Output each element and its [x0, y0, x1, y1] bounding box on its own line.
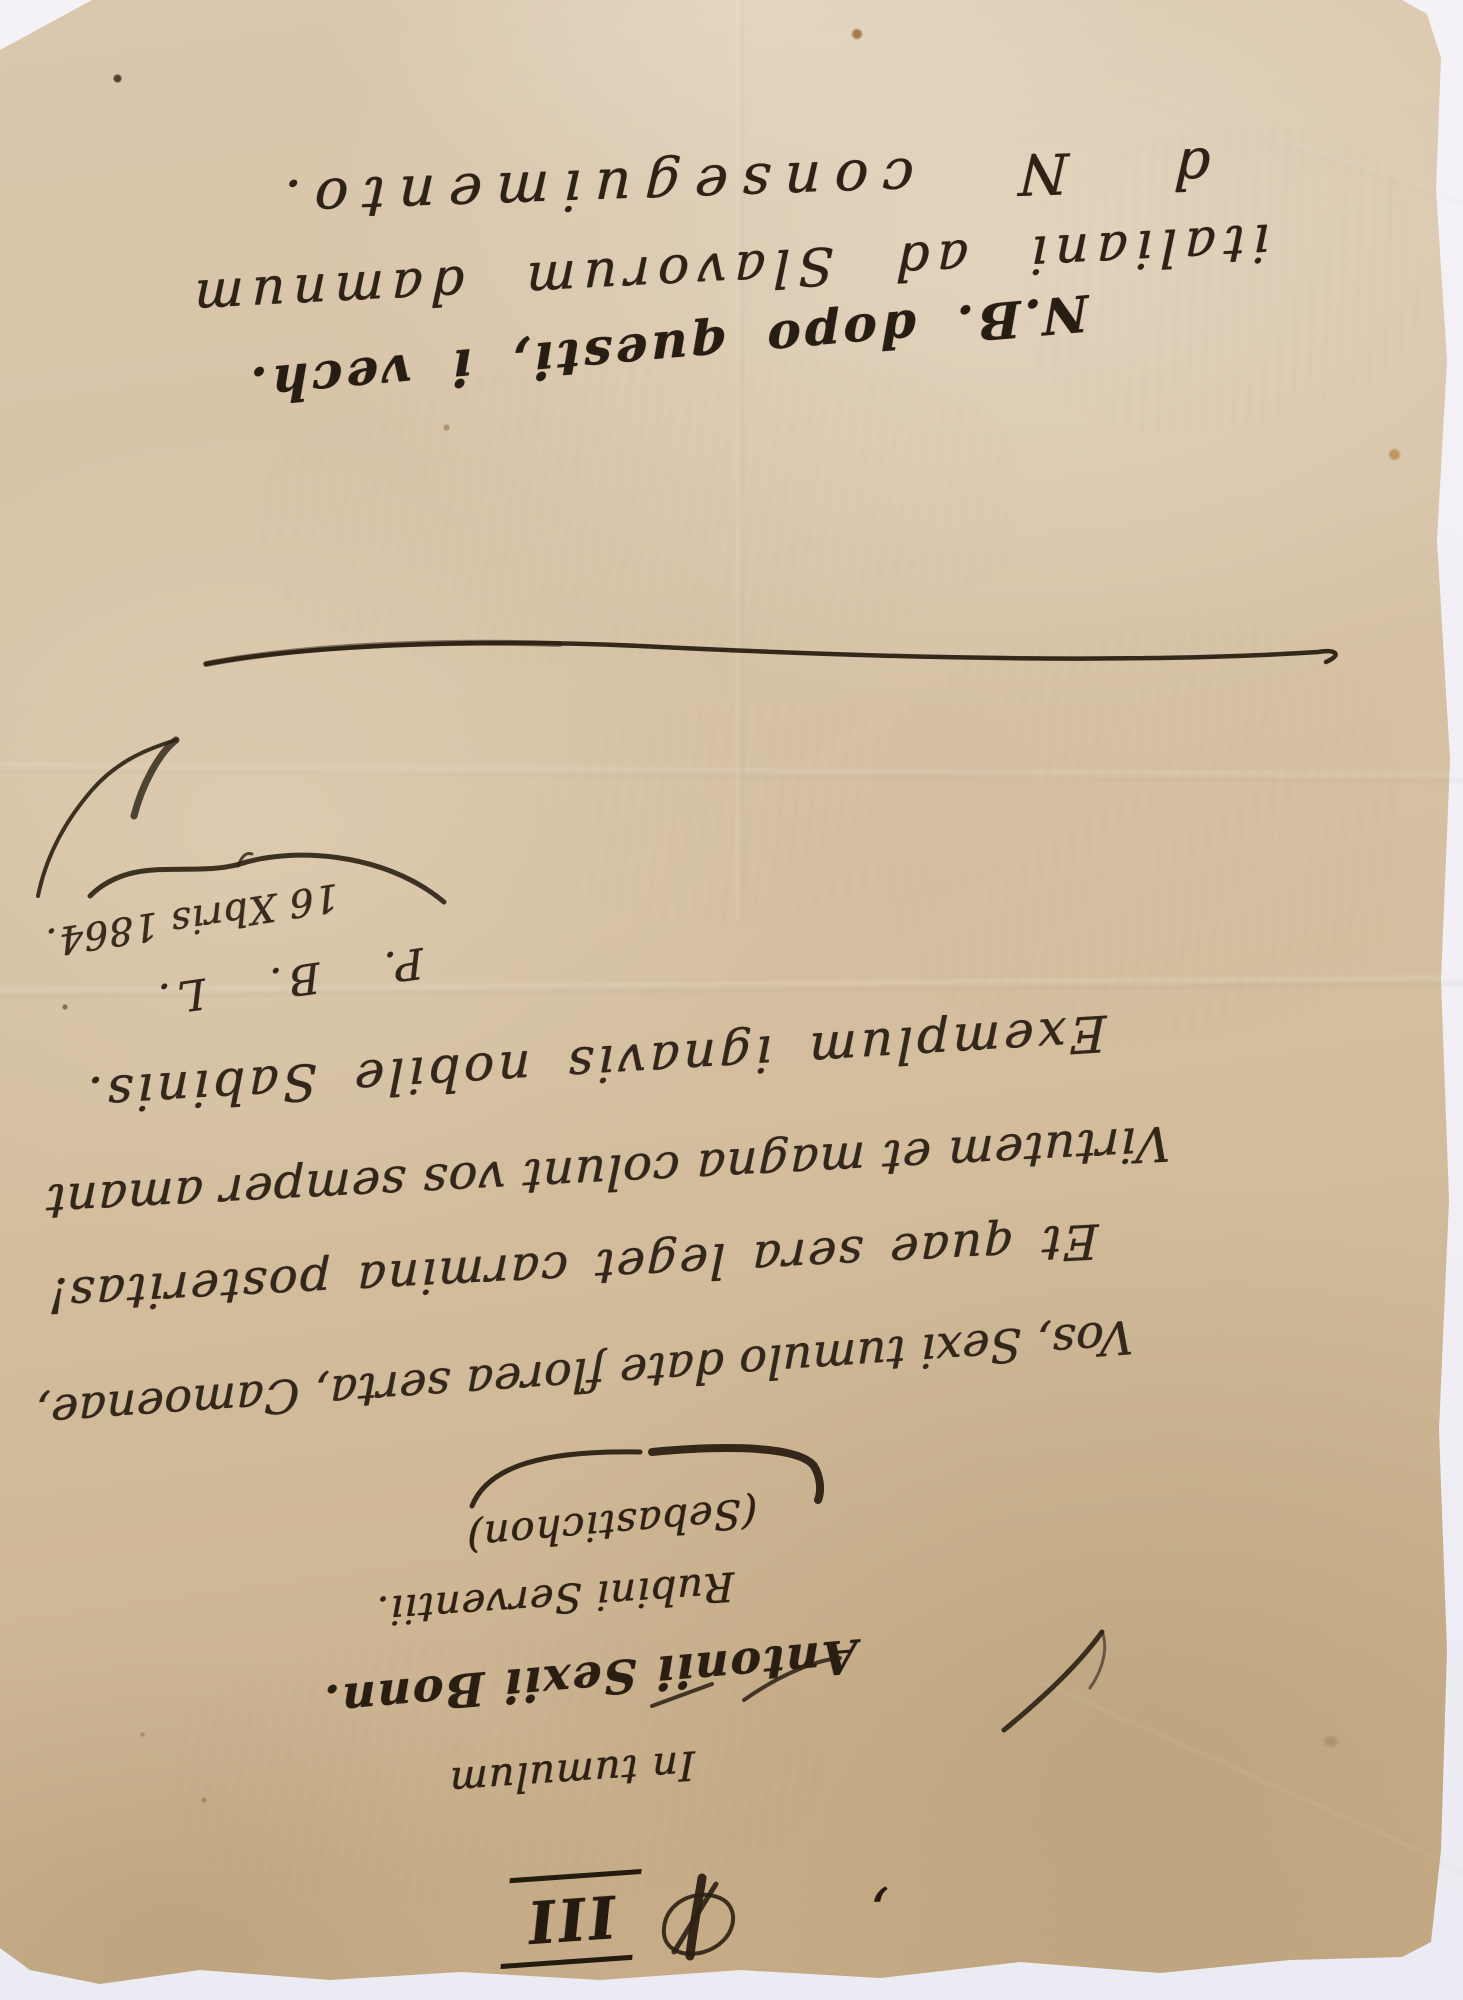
- handwritten-comma-mark: ,: [859, 1884, 901, 1945]
- page-number-mark: III: [500, 1869, 641, 1969]
- scanned-document: d N conseguimento. italiani ad Slavorum …: [0, 0, 1463, 2000]
